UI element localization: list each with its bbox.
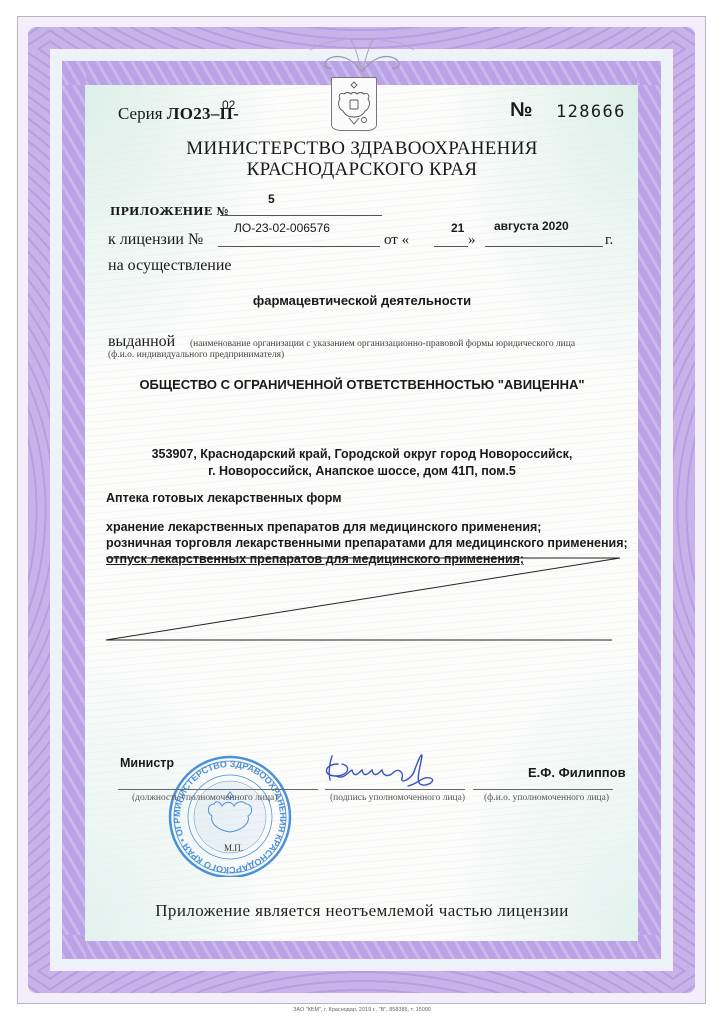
- form-number: 128666: [556, 102, 626, 122]
- stamp-place-label: М.П.: [224, 843, 243, 853]
- issued-label: выданной: [108, 333, 175, 351]
- appendix-underline: [220, 215, 382, 216]
- position-caption: (должность уполномоченного лица): [132, 793, 277, 803]
- organization-name: ОБЩЕСТВО С ОГРАНИЧЕННОЙ ОТВЕТСТВЕННОСТЬЮ…: [110, 377, 614, 392]
- activity-label: на осуществление: [108, 257, 232, 275]
- year-suffix: г.: [605, 232, 613, 249]
- date-from-label: от «: [384, 232, 409, 249]
- activity-value: фармацевтической деятельности: [110, 293, 614, 308]
- ministry-line-1: МИНИСТЕРСТВО ЗДРАВООХРАНЕНИЯ: [110, 138, 614, 159]
- license-month-year: августа 2020: [494, 219, 569, 233]
- address: 353907, Краснодарский край, Городской ок…: [110, 446, 614, 480]
- signature-caption: (подпись уполномоченного лица): [330, 793, 465, 803]
- signer-position: Министр: [120, 756, 174, 770]
- license-number: ЛО-23-02-006576: [234, 221, 330, 235]
- date-quote-close: »: [468, 232, 476, 249]
- number-sign: №: [510, 99, 532, 122]
- address-line-2: г. Новороссийск, Анапское шоссе, дом 41П…: [110, 463, 614, 480]
- double-headed-eagle-icon: [332, 78, 376, 130]
- series-text: Серия: [118, 104, 163, 123]
- work-item: розничная торговля лекарственными препар…: [106, 535, 628, 551]
- month-underline: [485, 246, 603, 247]
- series-superscript: 02: [222, 98, 235, 112]
- ministry-title: МИНИСТЕРСТВО ЗДРАВООХРАНЕНИЯ КРАСНОДАРСК…: [110, 138, 614, 180]
- issued-note-line-1: (наименование организации с указанием ор…: [190, 339, 575, 349]
- coat-of-arms-emblem: [331, 77, 377, 131]
- appendix-number: 5: [268, 192, 275, 206]
- name-underline: [473, 789, 613, 790]
- handwritten-signature-icon: [318, 750, 468, 790]
- position-underline: [118, 789, 318, 790]
- appendix-label: ПРИЛОЖЕНИЕ №: [110, 205, 229, 218]
- license-underline: [218, 246, 380, 247]
- footer-note: Приложение является неотъемлемой частью …: [110, 901, 614, 921]
- pharmacy-type: Аптека готовых лекарственных форм: [106, 491, 342, 505]
- license-day: 21: [451, 221, 464, 235]
- work-item: хранение лекарственных препаратов для ме…: [106, 519, 628, 535]
- ornament-scroll-icon: [300, 28, 424, 74]
- ministry-line-2: КРАСНОДАРСКОГО КРАЯ: [110, 159, 614, 180]
- z-strikethrough-lines: [100, 550, 624, 650]
- official-seal-stamp: МИНИСТЕРСТВО ЗДРАВООХРАНЕНИЯ КРАСНОДАРСК…: [150, 752, 310, 877]
- issued-note-line-2: (ф.и.о. индивидуального предпринимателя): [108, 350, 284, 360]
- license-label: к лицензии №: [108, 231, 203, 249]
- address-line-1: 353907, Краснодарский край, Городской ок…: [110, 446, 614, 463]
- day-underline: [434, 246, 468, 247]
- signer-name: Е.Ф. Филиппов: [528, 765, 626, 780]
- printer-imprint: ЗАО "КБМ", г. Краснодар, 2019 г., "В", 8…: [200, 1007, 524, 1013]
- series-label: Серия ЛО23–П-: [118, 104, 239, 124]
- name-caption: (ф.и.о. уполномоченного лица): [484, 793, 609, 803]
